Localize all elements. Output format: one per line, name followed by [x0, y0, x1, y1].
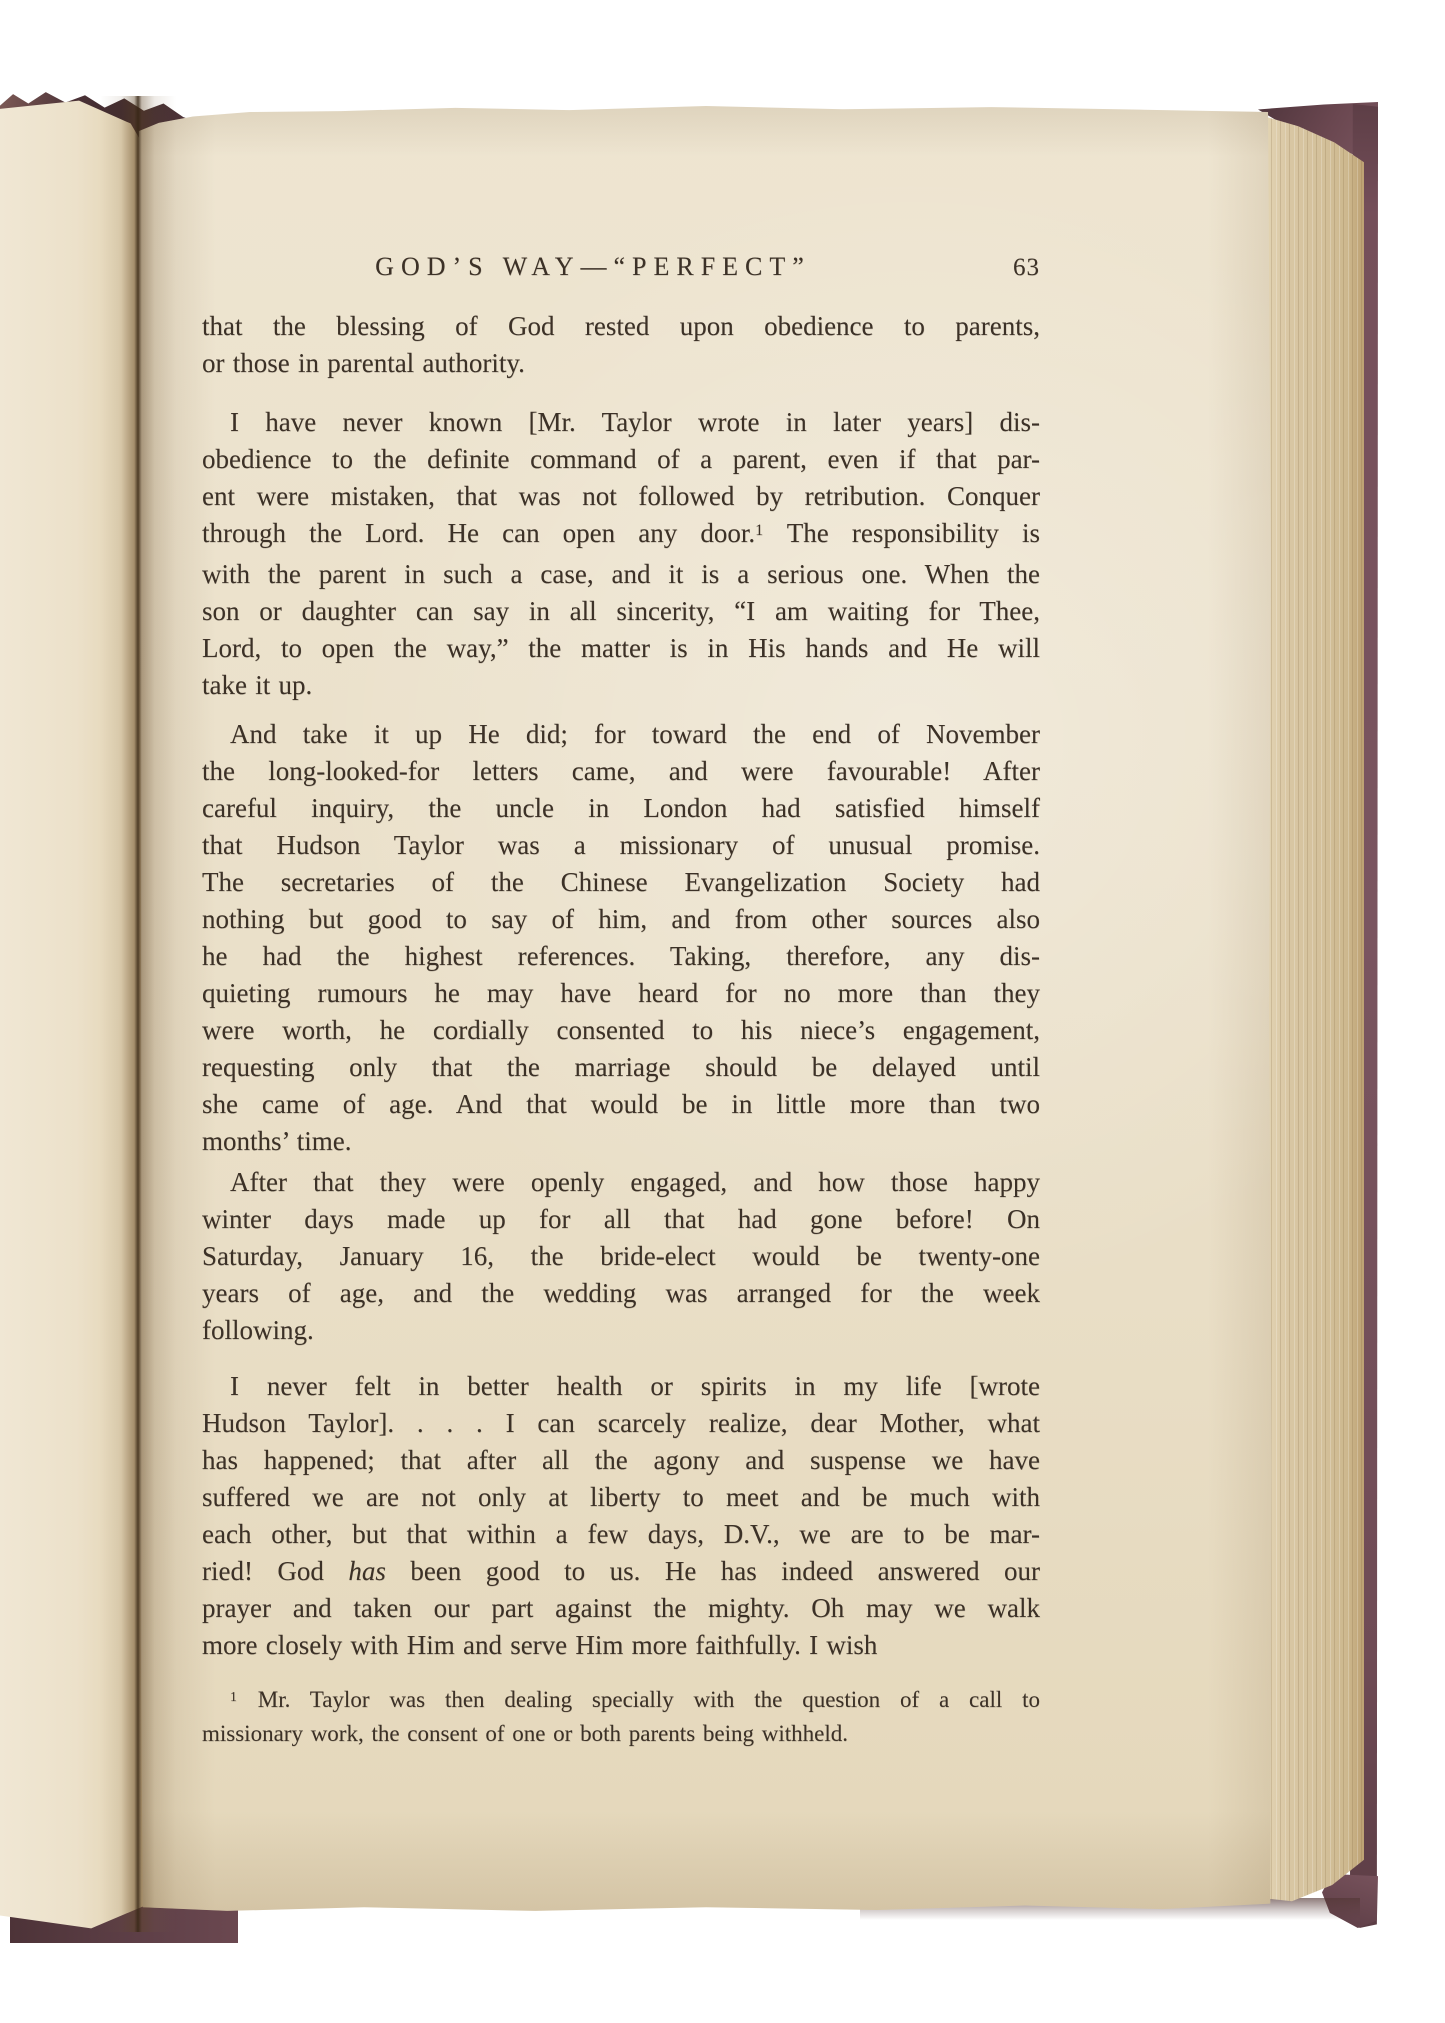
text-line: months’ time.: [202, 1123, 1040, 1160]
text-line: ent were mistaken, that was not followed…: [202, 478, 1040, 515]
text-line: were worth, he cordially consented to hi…: [202, 1012, 1040, 1049]
text-run: has: [348, 1556, 386, 1586]
text-run: years of age, and the wedding was arrang…: [202, 1278, 1040, 1308]
text-run: son or daughter can say in all sincerity…: [202, 596, 1040, 626]
text-run: Saturday, January 16, the bride-elect wo…: [202, 1241, 1040, 1271]
page-number: 63: [1013, 253, 1040, 283]
text-run: take it up.: [202, 670, 312, 700]
text-run: more closely with Him and serve Him more…: [202, 1630, 877, 1660]
text-run: suffered we are not only at liberty to m…: [202, 1482, 1040, 1512]
text-line: suffered we are not only at liberty to m…: [202, 1479, 1040, 1516]
text-line: Lord, to open the way,” the matter is in…: [202, 630, 1040, 667]
text-run: missionary work, the consent of one or b…: [202, 1721, 848, 1746]
text-run: with the parent in such a case, and it i…: [202, 559, 1040, 589]
page-fore-edge-stack: [1258, 110, 1364, 1912]
text-line: quieting rumours he may have heard for n…: [202, 975, 1040, 1012]
paragraph-container: that the blessing of God rested upon obe…: [202, 308, 1040, 1749]
text-line: I have never known [Mr. Taylor wrote in …: [202, 404, 1040, 441]
text-line: the long-looked-for letters came, and we…: [202, 753, 1040, 790]
paragraph-3: And take it up He did; for toward the en…: [202, 716, 1040, 1160]
text-run: quieting rumours he may have heard for n…: [202, 978, 1040, 1008]
text-line: I never felt in better health or spirits…: [202, 1368, 1040, 1405]
text-run: The secretaries of the Chinese Evangeliz…: [202, 867, 1040, 897]
text-run: ent were mistaken, that was not followed…: [202, 481, 1040, 511]
text-run: he had the highest references. Taking, t…: [202, 941, 1040, 971]
text-line: prayer and taken our part against the mi…: [202, 1590, 1040, 1627]
text-run: the long-looked-for letters came, and we…: [202, 756, 1040, 786]
text-line: with the parent in such a case, and it i…: [202, 556, 1040, 593]
text-line: through the Lord. He can open any door.1…: [202, 515, 1040, 556]
text-line: missionary work, the consent of one or b…: [202, 1718, 1040, 1749]
text-run: been good to us. He has indeed answered …: [386, 1556, 1040, 1586]
text-line: careful inquiry, the uncle in London had…: [202, 790, 1040, 827]
text-line: each other, but that within a few days, …: [202, 1516, 1040, 1553]
text-line: ried! God has been good to us. He has in…: [202, 1553, 1040, 1590]
running-title: GOD’S WAY—“PERFECT”: [202, 252, 984, 282]
text-line: 1 Mr. Taylor was then dealing specially …: [202, 1684, 1040, 1718]
text-line: that Hudson Taylor was a missionary of u…: [202, 827, 1040, 864]
photo-background: { "palette": { "background": "#ffffff", …: [0, 0, 1445, 2023]
text-line: And take it up He did; for toward the en…: [202, 716, 1040, 753]
footnote-marker: 1: [755, 521, 763, 539]
paragraph-4: After that they were openly engaged, and…: [202, 1164, 1040, 1349]
text-line: he had the highest references. Taking, t…: [202, 938, 1040, 975]
text-run: following.: [202, 1315, 314, 1345]
text-line: After that they were openly engaged, and…: [202, 1164, 1040, 1201]
text-run: After that they were openly engaged, and…: [230, 1167, 1040, 1197]
text-line: more closely with Him and serve Him more…: [202, 1627, 1040, 1664]
text-line: years of age, and the wedding was arrang…: [202, 1275, 1040, 1312]
text-run: Hudson Taylor]. . . . I can scarcely rea…: [202, 1408, 1040, 1438]
text-run: that Hudson Taylor was a missionary of u…: [202, 830, 1040, 860]
text-run: And take it up He did; for toward the en…: [230, 719, 1040, 749]
text-line: winter days made up for all that had gon…: [202, 1201, 1040, 1238]
paragraph-1: that the blessing of God rested upon obe…: [202, 308, 1040, 382]
text-line: nothing but good to say of him, and from…: [202, 901, 1040, 938]
paragraph-2: I have never known [Mr. Taylor wrote in …: [202, 404, 1040, 704]
text-run: or those in parental authority.: [202, 348, 525, 378]
text-run: I never felt in better health or spirits…: [230, 1371, 1040, 1401]
text-run: requesting only that the marriage should…: [202, 1052, 1040, 1082]
text-line: that the blessing of God rested upon obe…: [202, 308, 1040, 345]
text-line: take it up.: [202, 667, 1040, 704]
footnote: 1 Mr. Taylor was then dealing specially …: [202, 1684, 1040, 1749]
text-run: were worth, he cordially consented to hi…: [202, 1015, 1040, 1045]
footnote-marker: 1: [230, 1689, 237, 1704]
text-line: Hudson Taylor]. . . . I can scarcely rea…: [202, 1405, 1040, 1442]
text-line: obedience to the definite command of a p…: [202, 441, 1040, 478]
text-run: obedience to the definite command of a p…: [202, 444, 1040, 474]
text-run: Mr. Taylor was then dealing specially wi…: [238, 1687, 1040, 1712]
text-run: has happened; that after all the agony a…: [202, 1445, 1040, 1475]
text-run: months’ time.: [202, 1126, 352, 1156]
paragraph-5: I never felt in better health or spirits…: [202, 1368, 1040, 1664]
text-run: I have never known [Mr. Taylor wrote in …: [230, 407, 1040, 437]
text-run: prayer and taken our part against the mi…: [202, 1593, 1040, 1623]
text-line: or those in parental authority.: [202, 345, 1040, 382]
printed-text-layer: GOD’S WAY—“PERFECT” 63 that the blessing…: [202, 0, 1040, 2023]
text-run: nothing but good to say of him, and from…: [202, 904, 1040, 934]
text-run: The responsibility is: [764, 518, 1040, 548]
text-run: winter days made up for all that had gon…: [202, 1204, 1040, 1234]
facing-page-edge: [0, 96, 152, 1932]
text-line: she came of age. And that would be in li…: [202, 1086, 1040, 1123]
text-run: ried! God: [202, 1556, 348, 1586]
text-run: Lord, to open the way,” the matter is in…: [202, 633, 1040, 663]
text-run: through the Lord. He can open any door.: [202, 518, 755, 548]
text-line: has happened; that after all the agony a…: [202, 1442, 1040, 1479]
text-line: following.: [202, 1312, 1040, 1349]
text-run: each other, but that within a few days, …: [202, 1519, 1040, 1549]
text-run: that the blessing of God rested upon obe…: [202, 311, 1040, 341]
text-line: The secretaries of the Chinese Evangeliz…: [202, 864, 1040, 901]
text-line: Saturday, January 16, the bride-elect wo…: [202, 1238, 1040, 1275]
text-run: careful inquiry, the uncle in London had…: [202, 793, 1040, 823]
text-run: she came of age. And that would be in li…: [202, 1089, 1040, 1119]
text-line: requesting only that the marriage should…: [202, 1049, 1040, 1086]
text-line: son or daughter can say in all sincerity…: [202, 593, 1040, 630]
